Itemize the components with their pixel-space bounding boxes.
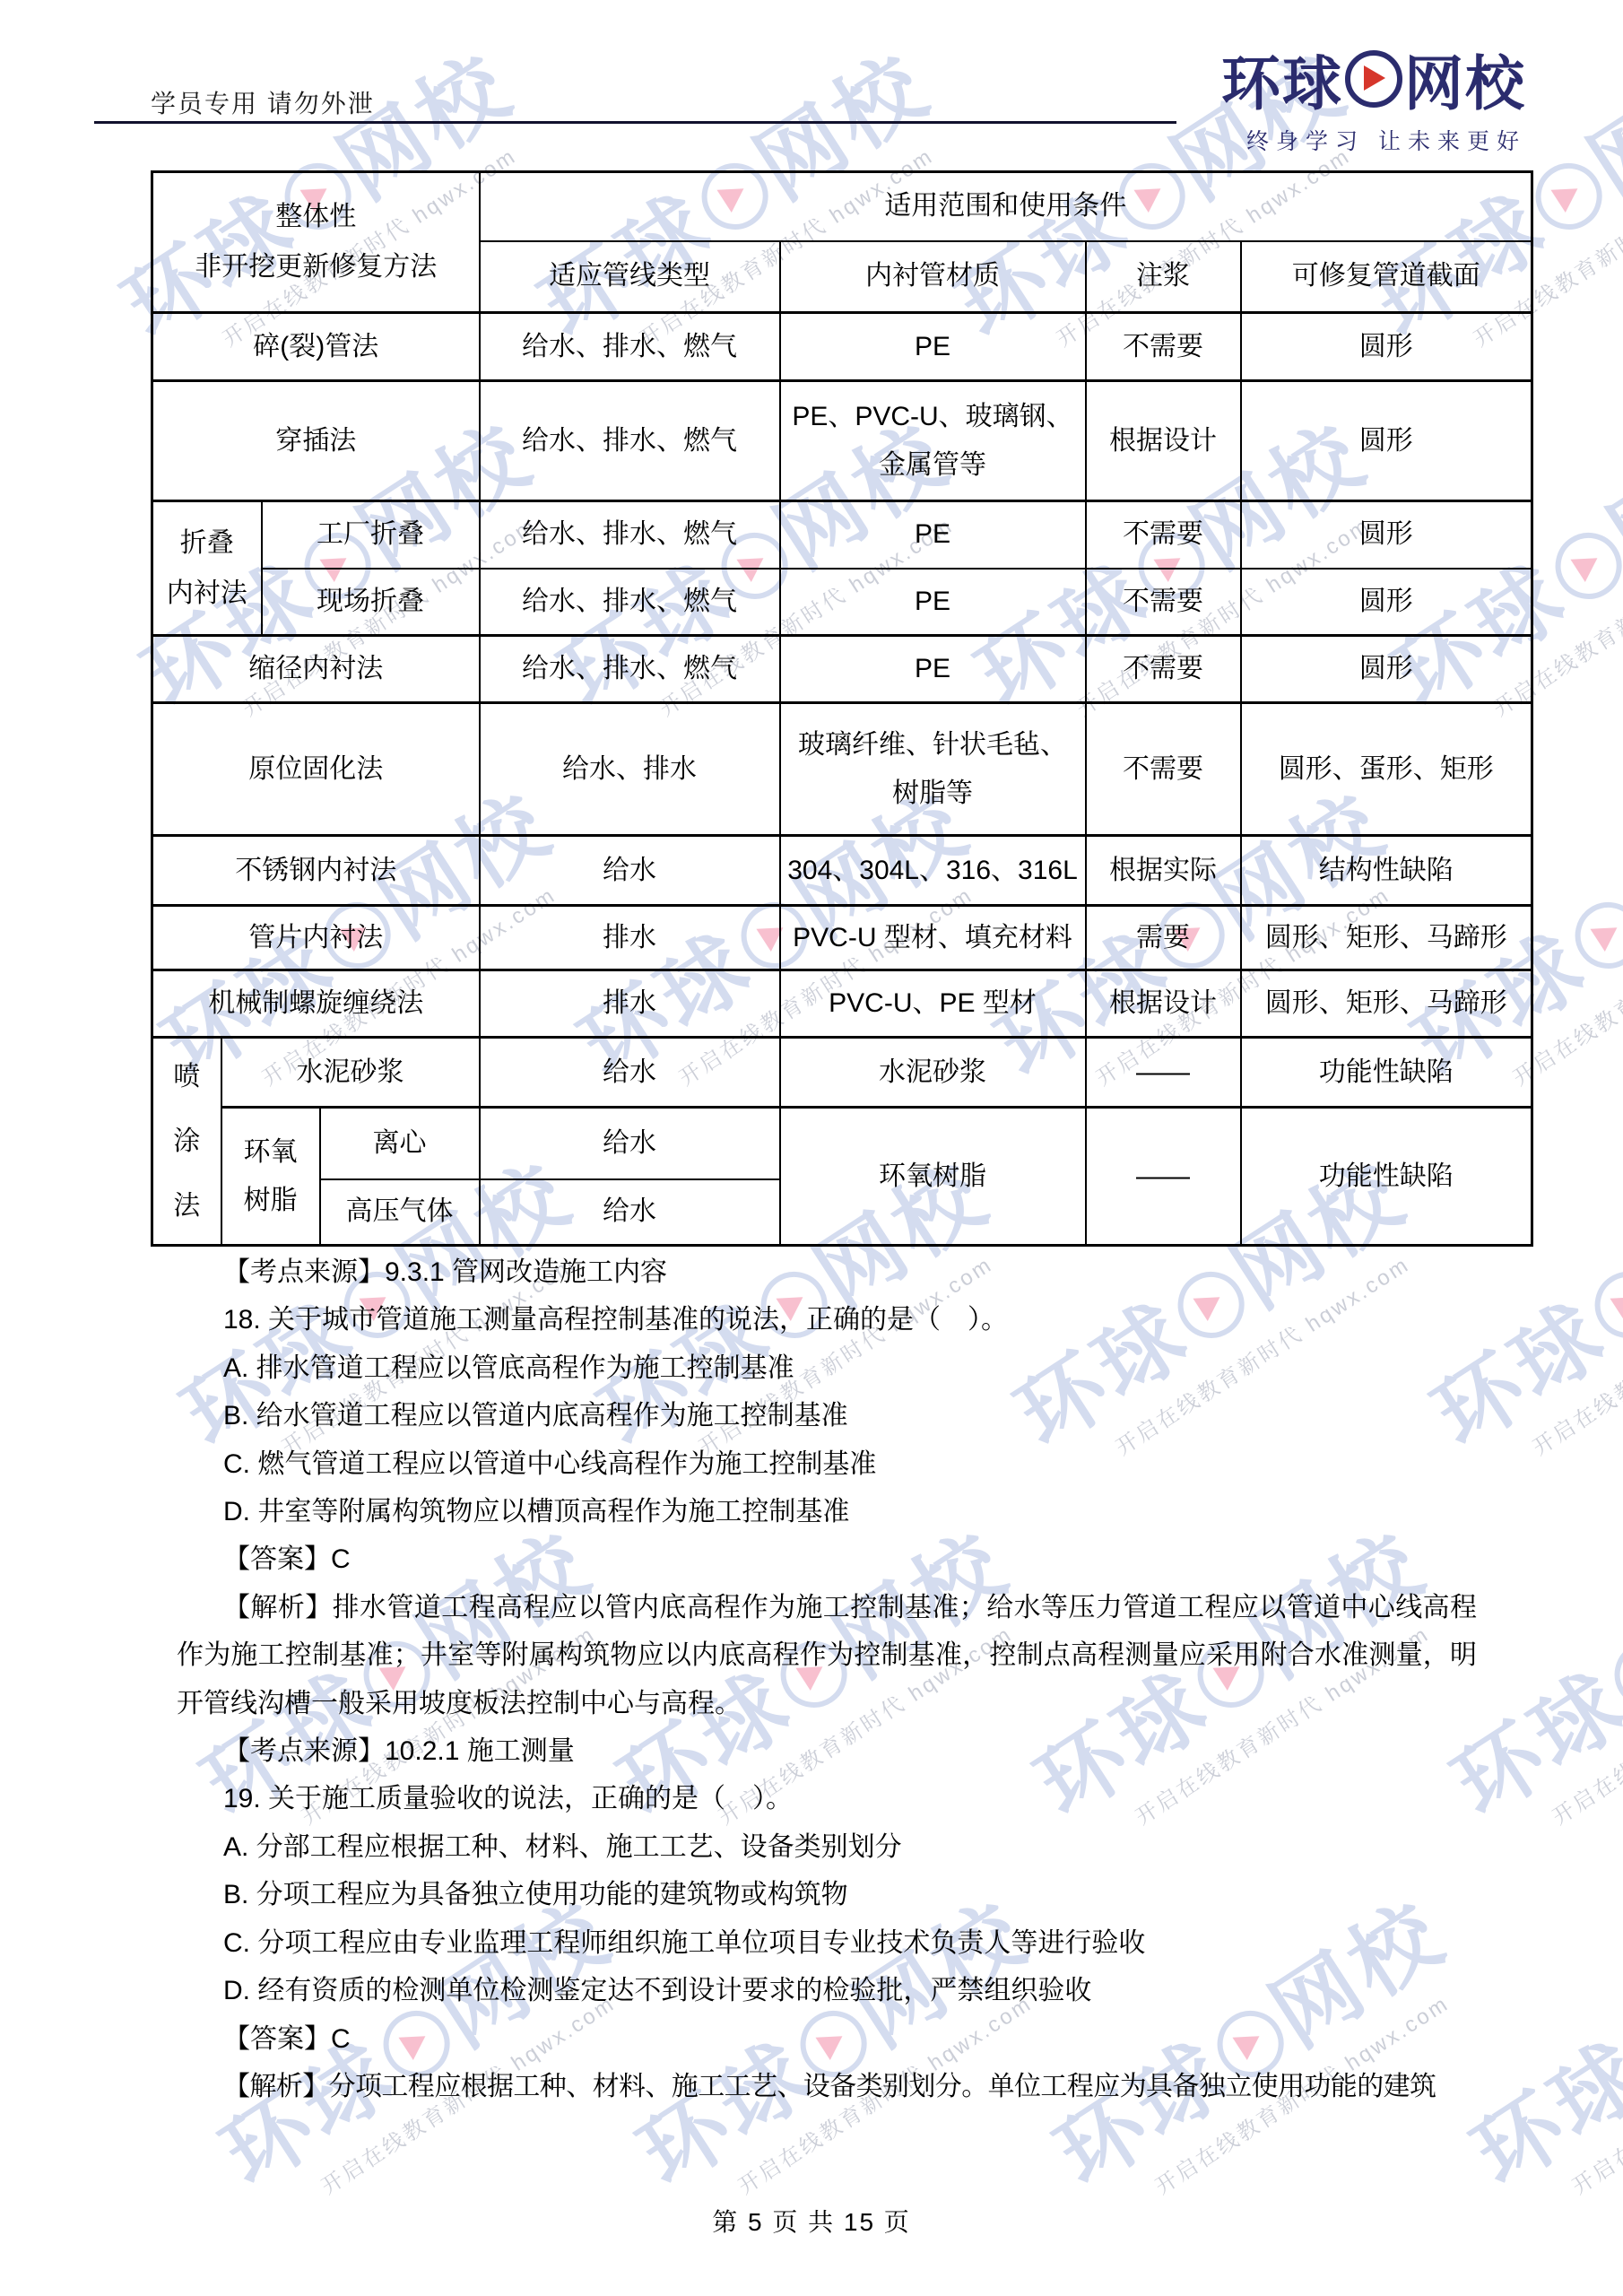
table-row: 缩径内衬法 给水、排水、燃气 PE 不需要 圆形 [152, 636, 1532, 703]
cell-method: 现场折叠 [262, 569, 480, 636]
answer-19: 【答案】C [177, 2015, 1477, 2063]
question-19: 19. 关于施工质量验收的说法，正确的是（ ）。 [177, 1775, 1477, 1822]
cell-grout: —— [1086, 1038, 1241, 1108]
cell-method-group: 折叠 内衬法 [152, 501, 262, 636]
cell-grout: —— [1086, 1108, 1241, 1246]
brand-name-right: 网校 [1404, 50, 1526, 117]
question-section: 【考点来源】9.3.1 管网改造施工内容 18. 关于城市管道施工测量高程控制基… [177, 1248, 1477, 2110]
cell-section: 圆形、矩形、马蹄形 [1241, 906, 1532, 970]
play-triangle-icon [1364, 65, 1385, 91]
cell-method: 缩径内衬法 [152, 636, 480, 703]
cell-pipe: 给水、排水、燃气 [480, 381, 780, 501]
cell-section: 圆形 [1241, 569, 1532, 636]
option-a: A. 排水管道工程应以管底高程作为施工控制基准 [177, 1344, 1477, 1392]
page-content: 学员专用 请勿外泄 环球网校 终身学习 让未来更好 整体性 非开挖更新修复方法 … [0, 0, 1623, 2296]
cell-grout: 不需要 [1086, 313, 1241, 381]
group-line1: 折叠 [155, 518, 259, 569]
table-row: 不锈钢内衬法 给水 304、304L、316、316L 根据实际 结构性缺陷 [152, 836, 1532, 906]
option-c: C. 分项工程应由专业监理工程师组织施工单位项目专业技术负责人等进行验收 [177, 1919, 1477, 1967]
cell-pipe: 给水 [480, 1179, 780, 1246]
cell-pipe: 给水 [480, 836, 780, 906]
table-row: 穿插法 给水、排水、燃气 PE、PVC-U、玻璃钢、金属管等 根据设计 圆形 [152, 381, 1532, 501]
epoxy-label: 环氧树脂 [242, 1128, 299, 1225]
cell-section: 功能性缺陷 [1241, 1108, 1532, 1246]
cell-pipe: 给水、排水、燃气 [480, 501, 780, 569]
cell-liner-text: 玻璃纤维、针状毛毡、树脂等 [793, 721, 1072, 818]
cell-method: 机械制螺旋缠绕法 [152, 970, 480, 1038]
table-row: 折叠 内衬法 工厂折叠 给水、排水、燃气 PE 不需要 圆形 [152, 501, 1532, 569]
brand-tagline: 终身学习 让未来更好 [1221, 124, 1526, 156]
cell-grout: 需要 [1086, 906, 1241, 970]
explanation-18: 【解析】排水管道工程高程应以管内底高程作为施工控制基准；给水等压力管道工程应以管… [177, 1584, 1477, 1727]
cell-grout: 不需要 [1086, 569, 1241, 636]
cell-pipe: 给水、排水、燃气 [480, 569, 780, 636]
cell-pipe: 给水 [480, 1038, 780, 1108]
document-page: 环球网校开启在线教育新时代 hqwx.com环球网校开启在线教育新时代 hqwx… [0, 0, 1623, 2296]
cell-liner: 玻璃纤维、针状毛毡、树脂等 [780, 703, 1086, 836]
answer-18: 【答案】C [177, 1535, 1477, 1583]
option-d: D. 井室等附属构筑物应以槽顶高程作为施工控制基准 [177, 1488, 1477, 1535]
cell-grout: 根据实际 [1086, 836, 1241, 906]
cell-section: 圆形 [1241, 313, 1532, 381]
table-row: 现场折叠 给水、排水、燃气 PE 不需要 圆形 [152, 569, 1532, 636]
cell-pipe: 排水 [480, 906, 780, 970]
cell-method: 不锈钢内衬法 [152, 836, 480, 906]
methods-table: 整体性 非开挖更新修复方法 适用范围和使用条件 适应管线类型 内衬管材质 注浆 … [151, 170, 1533, 1247]
col-header-section: 可修复管道截面 [1241, 241, 1532, 313]
header-method-line2: 非开挖更新修复方法 [155, 242, 477, 292]
cell-method: 穿插法 [152, 381, 480, 501]
cell-section: 圆形 [1241, 381, 1532, 501]
cell-method-group-epoxy: 环氧树脂 [221, 1108, 320, 1246]
cell-grout: 根据设计 [1086, 381, 1241, 501]
col-header-pipe: 适应管线类型 [480, 241, 780, 313]
cell-section: 圆形 [1241, 636, 1532, 703]
table-row: 管片内衬法 排水 PVC-U 型材、填充材料 需要 圆形、矩形、马蹄形 [152, 906, 1532, 970]
cell-pipe: 排水 [480, 970, 780, 1038]
cell-section: 圆形 [1241, 501, 1532, 569]
cell-pipe: 给水 [480, 1108, 780, 1179]
table-header-row-1: 整体性 非开挖更新修复方法 适用范围和使用条件 [152, 172, 1532, 241]
source-note: 【考点来源】9.3.1 管网改造施工内容 [177, 1248, 1477, 1296]
option-b: B. 分项工程应为具备独立使用功能的建筑物或构筑物 [177, 1871, 1477, 1918]
table-row: 喷涂法 水泥砂浆 给水 水泥砂浆 —— 功能性缺陷 [152, 1038, 1532, 1108]
table-row: 碎(裂)管法 给水、排水、燃气 PE 不需要 圆形 [152, 313, 1532, 381]
cell-liner: PE [780, 501, 1086, 569]
cell-method: 工厂折叠 [262, 501, 480, 569]
cell-grout: 根据设计 [1086, 970, 1241, 1038]
cell-liner: PE [780, 569, 1086, 636]
cell-liner: 水泥砂浆 [780, 1038, 1086, 1108]
cell-pipe: 给水、排水 [480, 703, 780, 836]
option-a: A. 分部工程应根据工种、材料、施工工艺、设备类别划分 [177, 1823, 1477, 1871]
cell-grout: 不需要 [1086, 636, 1241, 703]
brand-name: 环球网校 [1221, 50, 1526, 117]
cell-method: 水泥砂浆 [221, 1038, 480, 1108]
source-note: 【考点来源】10.2.1 施工测量 [177, 1727, 1477, 1775]
cell-header-span-title: 适用范围和使用条件 [480, 172, 1532, 241]
cell-method: 碎(裂)管法 [152, 313, 480, 381]
page-number: 第 5 页 共 15 页 [0, 2203, 1623, 2239]
cell-section: 结构性缺陷 [1241, 836, 1532, 906]
spray-label: 喷涂法 [171, 1045, 202, 1239]
cell-method: 高压气体 [320, 1179, 480, 1246]
cell-pipe: 给水、排水、燃气 [480, 636, 780, 703]
cell-section: 圆形、矩形、马蹄形 [1241, 970, 1532, 1038]
col-header-liner: 内衬管材质 [780, 241, 1086, 313]
cell-liner: PVC-U、PE 型材 [780, 970, 1086, 1038]
cell-section: 圆形、蛋形、矩形 [1241, 703, 1532, 836]
cell-method-group-spray: 喷涂法 [152, 1038, 221, 1246]
cell-method: 离心 [320, 1108, 480, 1179]
cell-liner: PE、PVC-U、玻璃钢、金属管等 [780, 381, 1086, 501]
explanation-19: 【解析】分项工程应根据工种、材料、施工工艺、设备类别划分。单位工程应为具备独立使… [177, 2063, 1477, 2110]
cell-grout: 不需要 [1086, 703, 1241, 836]
cell-liner: PE [780, 636, 1086, 703]
group-line2: 内衬法 [155, 569, 259, 619]
question-18: 18. 关于城市管道施工测量高程控制基准的说法，正确的是（ ）。 [177, 1296, 1477, 1344]
cell-liner: 环氧树脂 [780, 1108, 1086, 1246]
brand-name-left: 环球 [1221, 50, 1343, 117]
header-rule [94, 121, 1176, 124]
table-row: 原位固化法 给水、排水 玻璃纤维、针状毛毡、树脂等 不需要 圆形、蛋形、矩形 [152, 703, 1532, 836]
cell-method: 管片内衬法 [152, 906, 480, 970]
cell-liner: PE [780, 313, 1086, 381]
play-icon [1345, 50, 1402, 108]
cell-method: 原位固化法 [152, 703, 480, 836]
option-d: D. 经有资质的检测单位检测鉴定达不到设计要求的检验批，严禁组织验收 [177, 1967, 1477, 2014]
cell-header-method: 整体性 非开挖更新修复方法 [152, 172, 480, 313]
option-b: B. 给水管道工程应以管道内底高程作为施工控制基准 [177, 1392, 1477, 1439]
cell-liner: PVC-U 型材、填充材料 [780, 906, 1086, 970]
cell-liner: 304、304L、316、316L [780, 836, 1086, 906]
cell-section: 功能性缺陷 [1241, 1038, 1532, 1108]
cell-grout: 不需要 [1086, 501, 1241, 569]
table-row: 环氧树脂 离心 给水 环氧树脂 —— 功能性缺陷 [152, 1108, 1532, 1179]
brand-logo: 环球网校 终身学习 让未来更好 [1221, 50, 1526, 156]
cell-pipe: 给水、排水、燃气 [480, 313, 780, 381]
col-header-grout: 注浆 [1086, 241, 1241, 313]
confidential-note: 学员专用 请勿外泄 [151, 84, 375, 120]
header-method-line1: 整体性 [155, 192, 477, 242]
option-c: C. 燃气管道工程应以管道中心线高程作为施工控制基准 [177, 1440, 1477, 1488]
table-row: 机械制螺旋缠绕法 排水 PVC-U、PE 型材 根据设计 圆形、矩形、马蹄形 [152, 970, 1532, 1038]
